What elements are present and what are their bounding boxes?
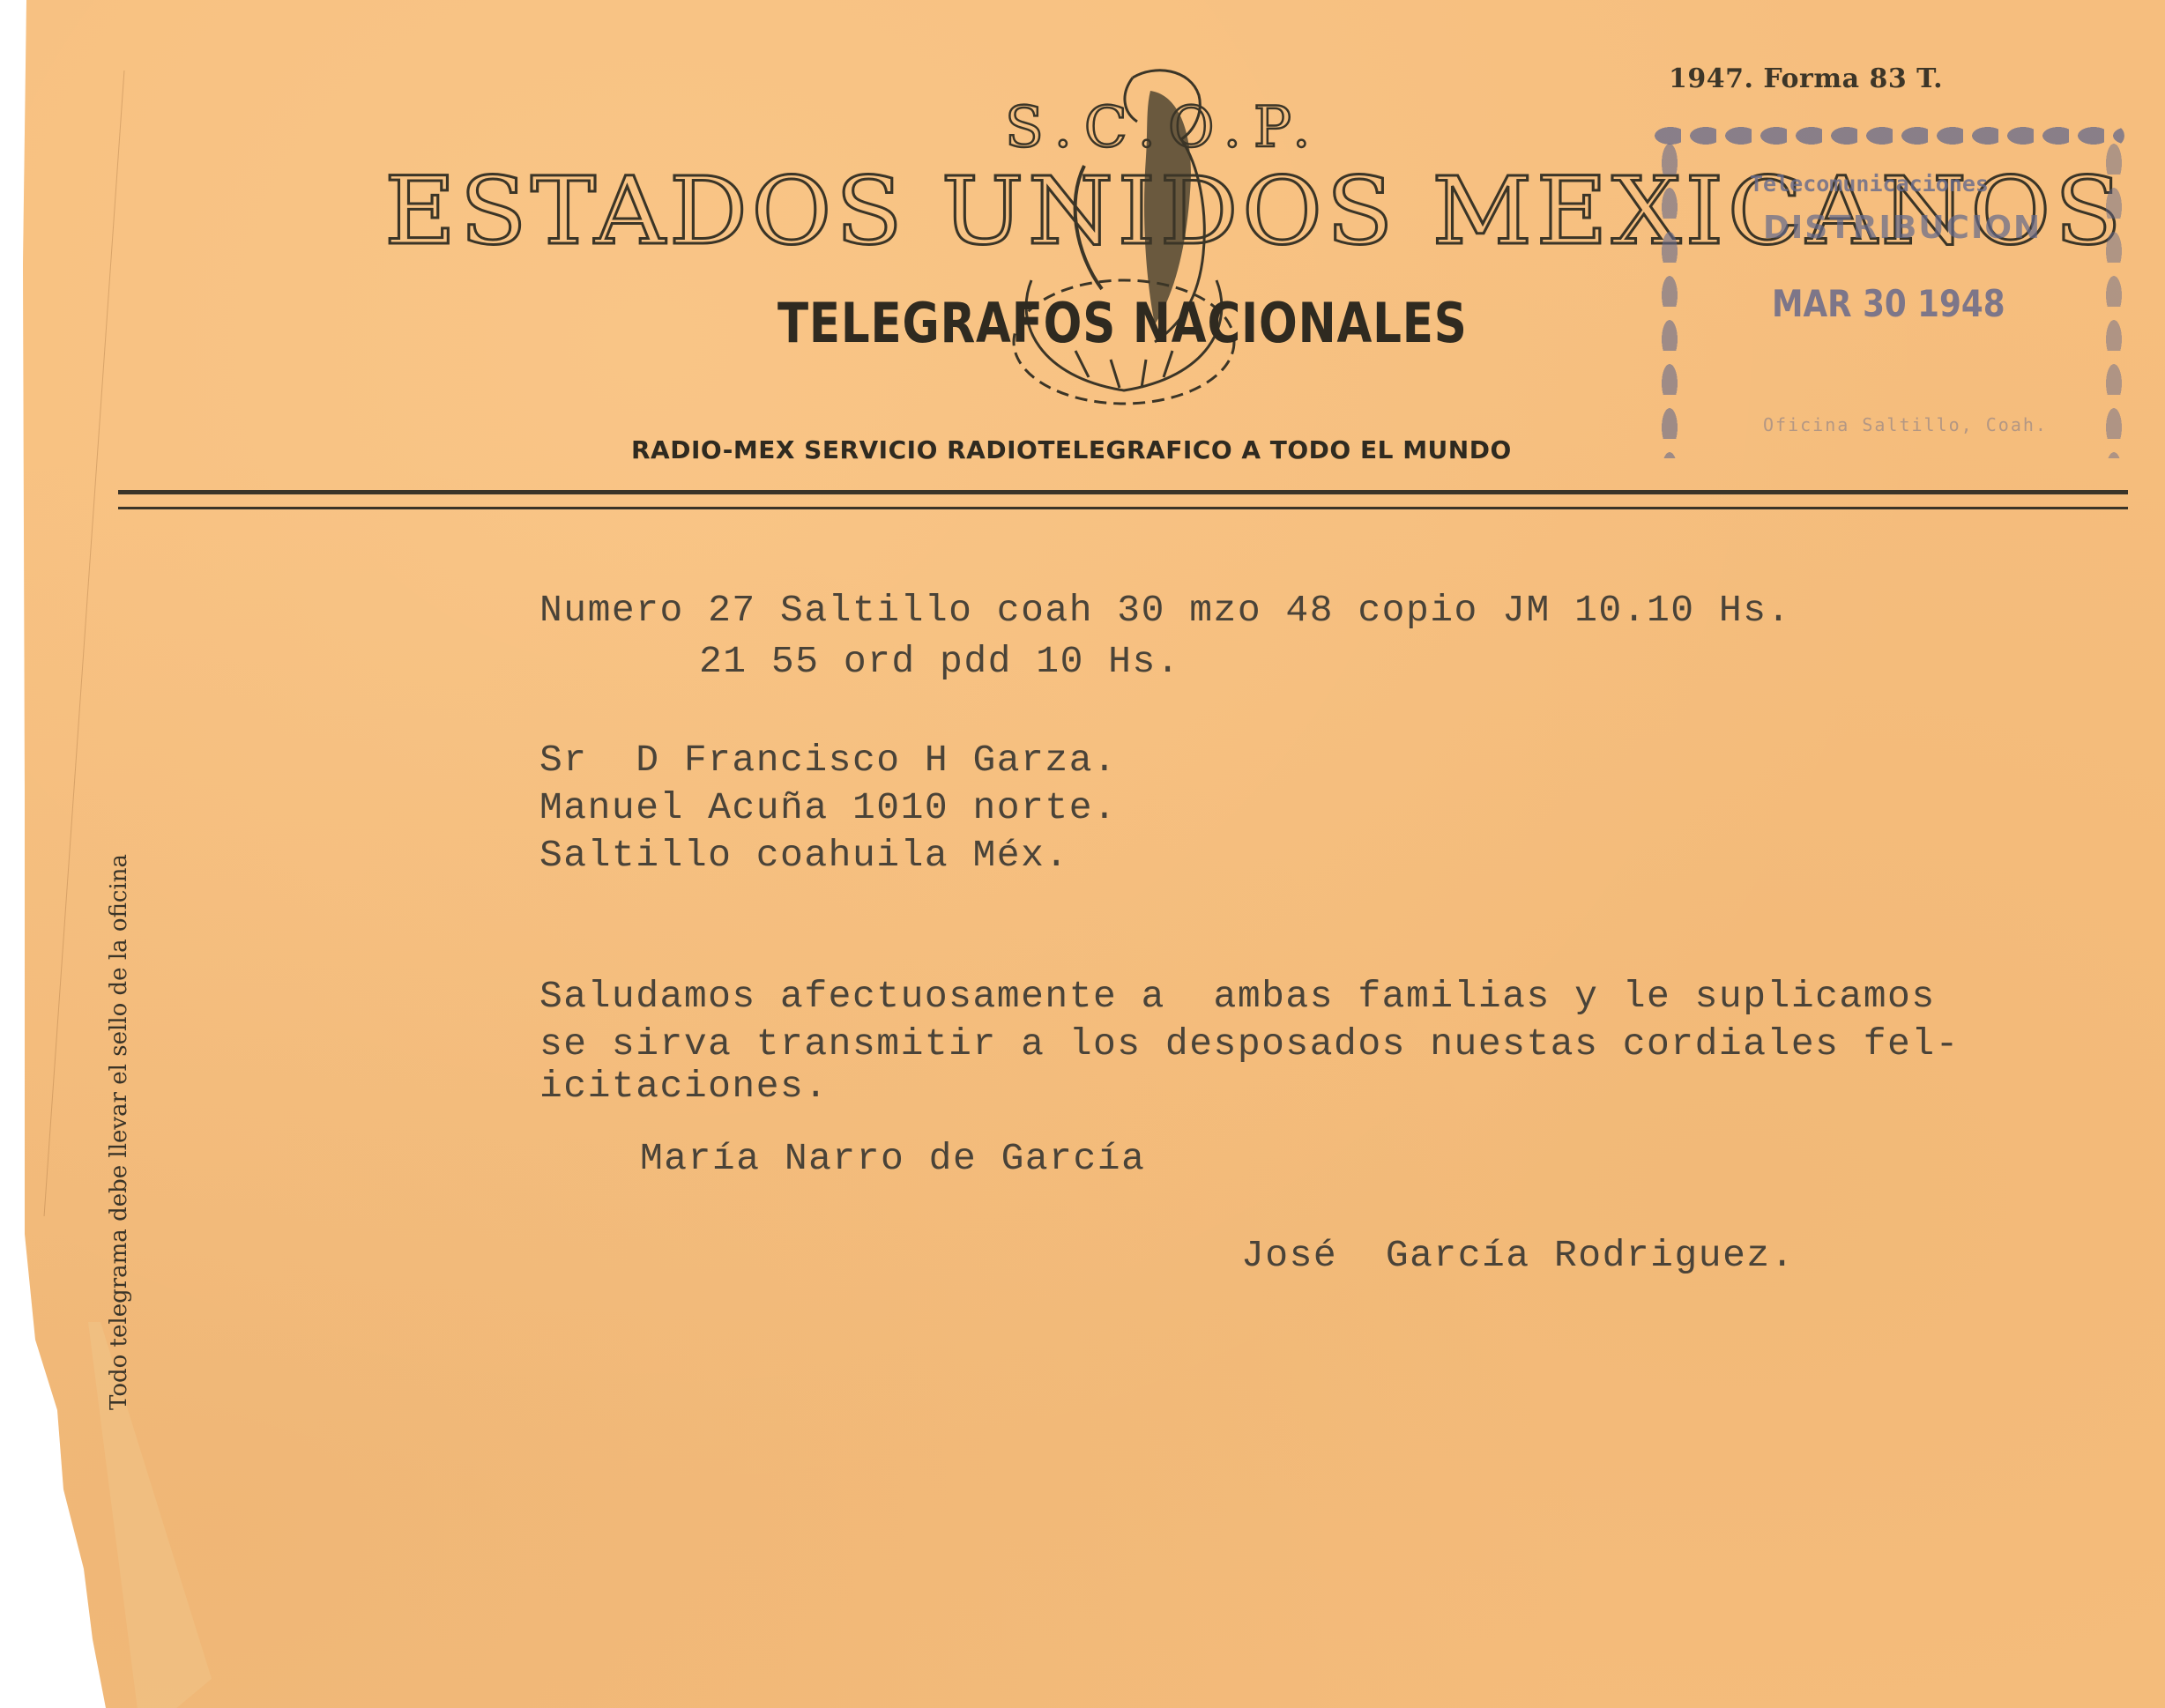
address-line: Sr D Francisco H Garza. xyxy=(539,739,1117,782)
page-subtitle: TELEGRAFOS NACIONALES xyxy=(777,291,1468,355)
signature-2: José García Rodriguez. xyxy=(1241,1234,1795,1277)
seal-initials: S.C.O.P. xyxy=(1005,95,1322,160)
stamp-date: MAR 30 1948 xyxy=(1772,282,2005,325)
preamble-line-2: 21 55 ord pdd 10 Hs. xyxy=(699,640,1180,683)
date-stamp: Telecomunicaciones DISTRIBUCION MAR 30 1… xyxy=(1653,115,2124,480)
stamp-border xyxy=(2104,141,2124,458)
signature-1: María Narro de García xyxy=(640,1137,1145,1180)
address-line: Saltillo coahuila Méx. xyxy=(539,834,1069,877)
stamp-line2: DISTRIBUCION xyxy=(1763,210,2042,246)
preamble-line-1: Numero 27 Saltillo coah 30 mzo 48 copio … xyxy=(539,589,1791,632)
header-rule-thick xyxy=(118,490,2128,494)
stamp-line1: Telecomunicaciones xyxy=(1750,171,1989,197)
body-line: Saludamos afectuosamente a ambas familia… xyxy=(539,975,1936,1018)
body-line: icitaciones. xyxy=(539,1065,829,1108)
form-number: 1947. Forma 83 T. xyxy=(1669,63,1943,94)
stamp-border xyxy=(1660,141,1679,458)
stamp-border xyxy=(1653,125,2124,146)
service-line: RADIO-MEX SERVICIO RADIOTELEGRAFICO A TO… xyxy=(631,435,1512,464)
header-rule-thin xyxy=(118,507,2128,509)
body-line: se sirva transmitir a los desposados nue… xyxy=(539,1022,1960,1066)
address-line: Manuel Acuña 1010 norte. xyxy=(539,786,1117,829)
telegram-paper: 1947. Forma 83 T. S.C.O.P. ESTADOS UNIDO… xyxy=(0,0,2165,1708)
margin-note: Todo telegrama debe llevar el sello de l… xyxy=(106,854,132,1410)
stamp-bottom: Oficina Saltillo, Coah. xyxy=(1763,414,2048,435)
